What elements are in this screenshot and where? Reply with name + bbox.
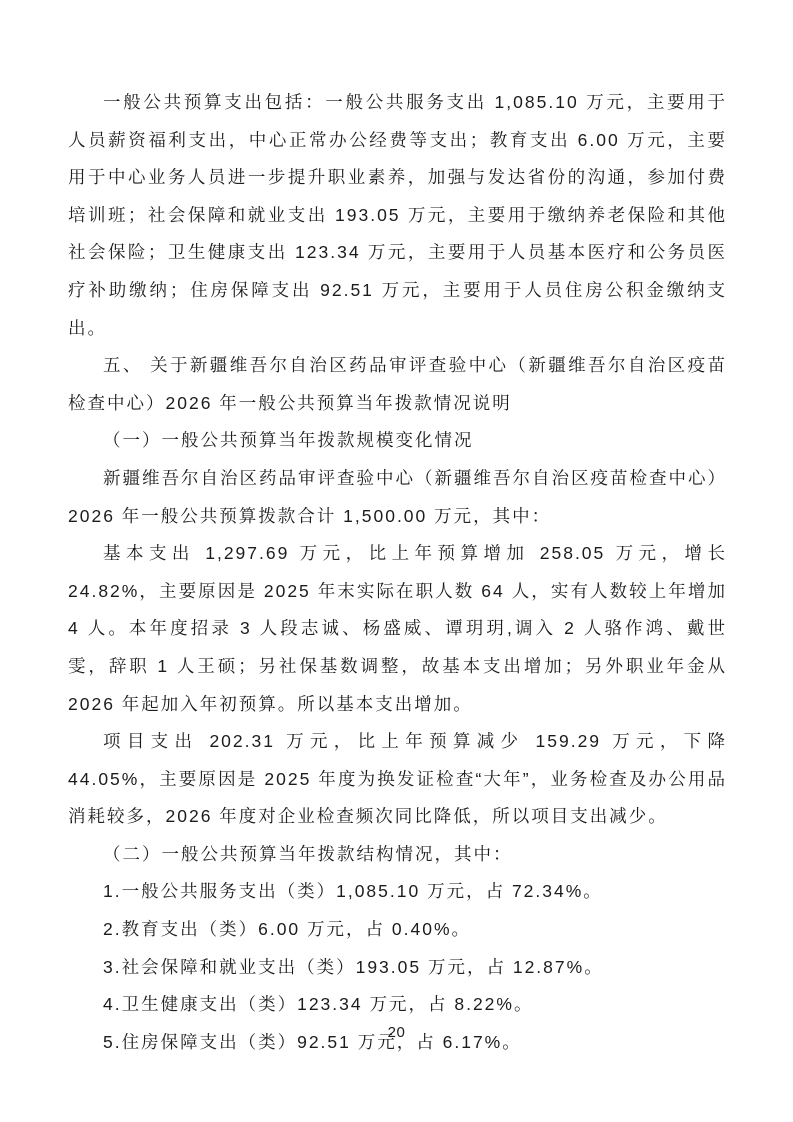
page-footer: 20 bbox=[0, 1024, 793, 1041]
subsection-1-heading: （一）一般公共预算当年拨款规模变化情况 bbox=[68, 422, 727, 460]
structure-list-item-1: 1.一般公共服务支出（类）1,085.10 万元，占 72.34%。 bbox=[68, 873, 727, 911]
structure-list-item-4: 4.卫生健康支出（类）123.34 万元，占 8.22%。 bbox=[68, 986, 727, 1024]
structure-list-item-2: 2.教育支出（类）6.00 万元，占 0.40%。 bbox=[68, 911, 727, 949]
structure-list-item-3: 3.社会保障和就业支出（类）193.05 万元，占 12.87%。 bbox=[68, 949, 727, 987]
document-content: 一般公共预算支出包括：一般公共服务支出 1,085.10 万元，主要用于人员薪资… bbox=[68, 84, 727, 1061]
paragraph-expense-overview: 一般公共预算支出包括：一般公共服务支出 1,085.10 万元，主要用于人员薪资… bbox=[68, 84, 727, 347]
section-5-heading: 五、 关于新疆维吾尔自治区药品审评查验中心（新疆维吾尔自治区疫苗检查中心）202… bbox=[68, 347, 727, 422]
subsection-2-heading: （二）一般公共预算当年拨款结构情况，其中： bbox=[68, 836, 727, 874]
paragraph-total-allocation: 新疆维吾尔自治区药品审评查验中心（新疆维吾尔自治区疫苗检查中心）2026 年一般… bbox=[68, 460, 727, 535]
paragraph-project-expense: 项目支出 202.31 万元，比上年预算减少 159.29 万元，下降 44.0… bbox=[68, 723, 727, 836]
paragraph-basic-expense: 基本支出 1,297.69 万元，比上年预算增加 258.05 万元，增长 24… bbox=[68, 535, 727, 723]
document-page: 一般公共预算支出包括：一般公共服务支出 1,085.10 万元，主要用于人员薪资… bbox=[0, 0, 793, 1122]
page-number: 20 bbox=[388, 1024, 406, 1041]
